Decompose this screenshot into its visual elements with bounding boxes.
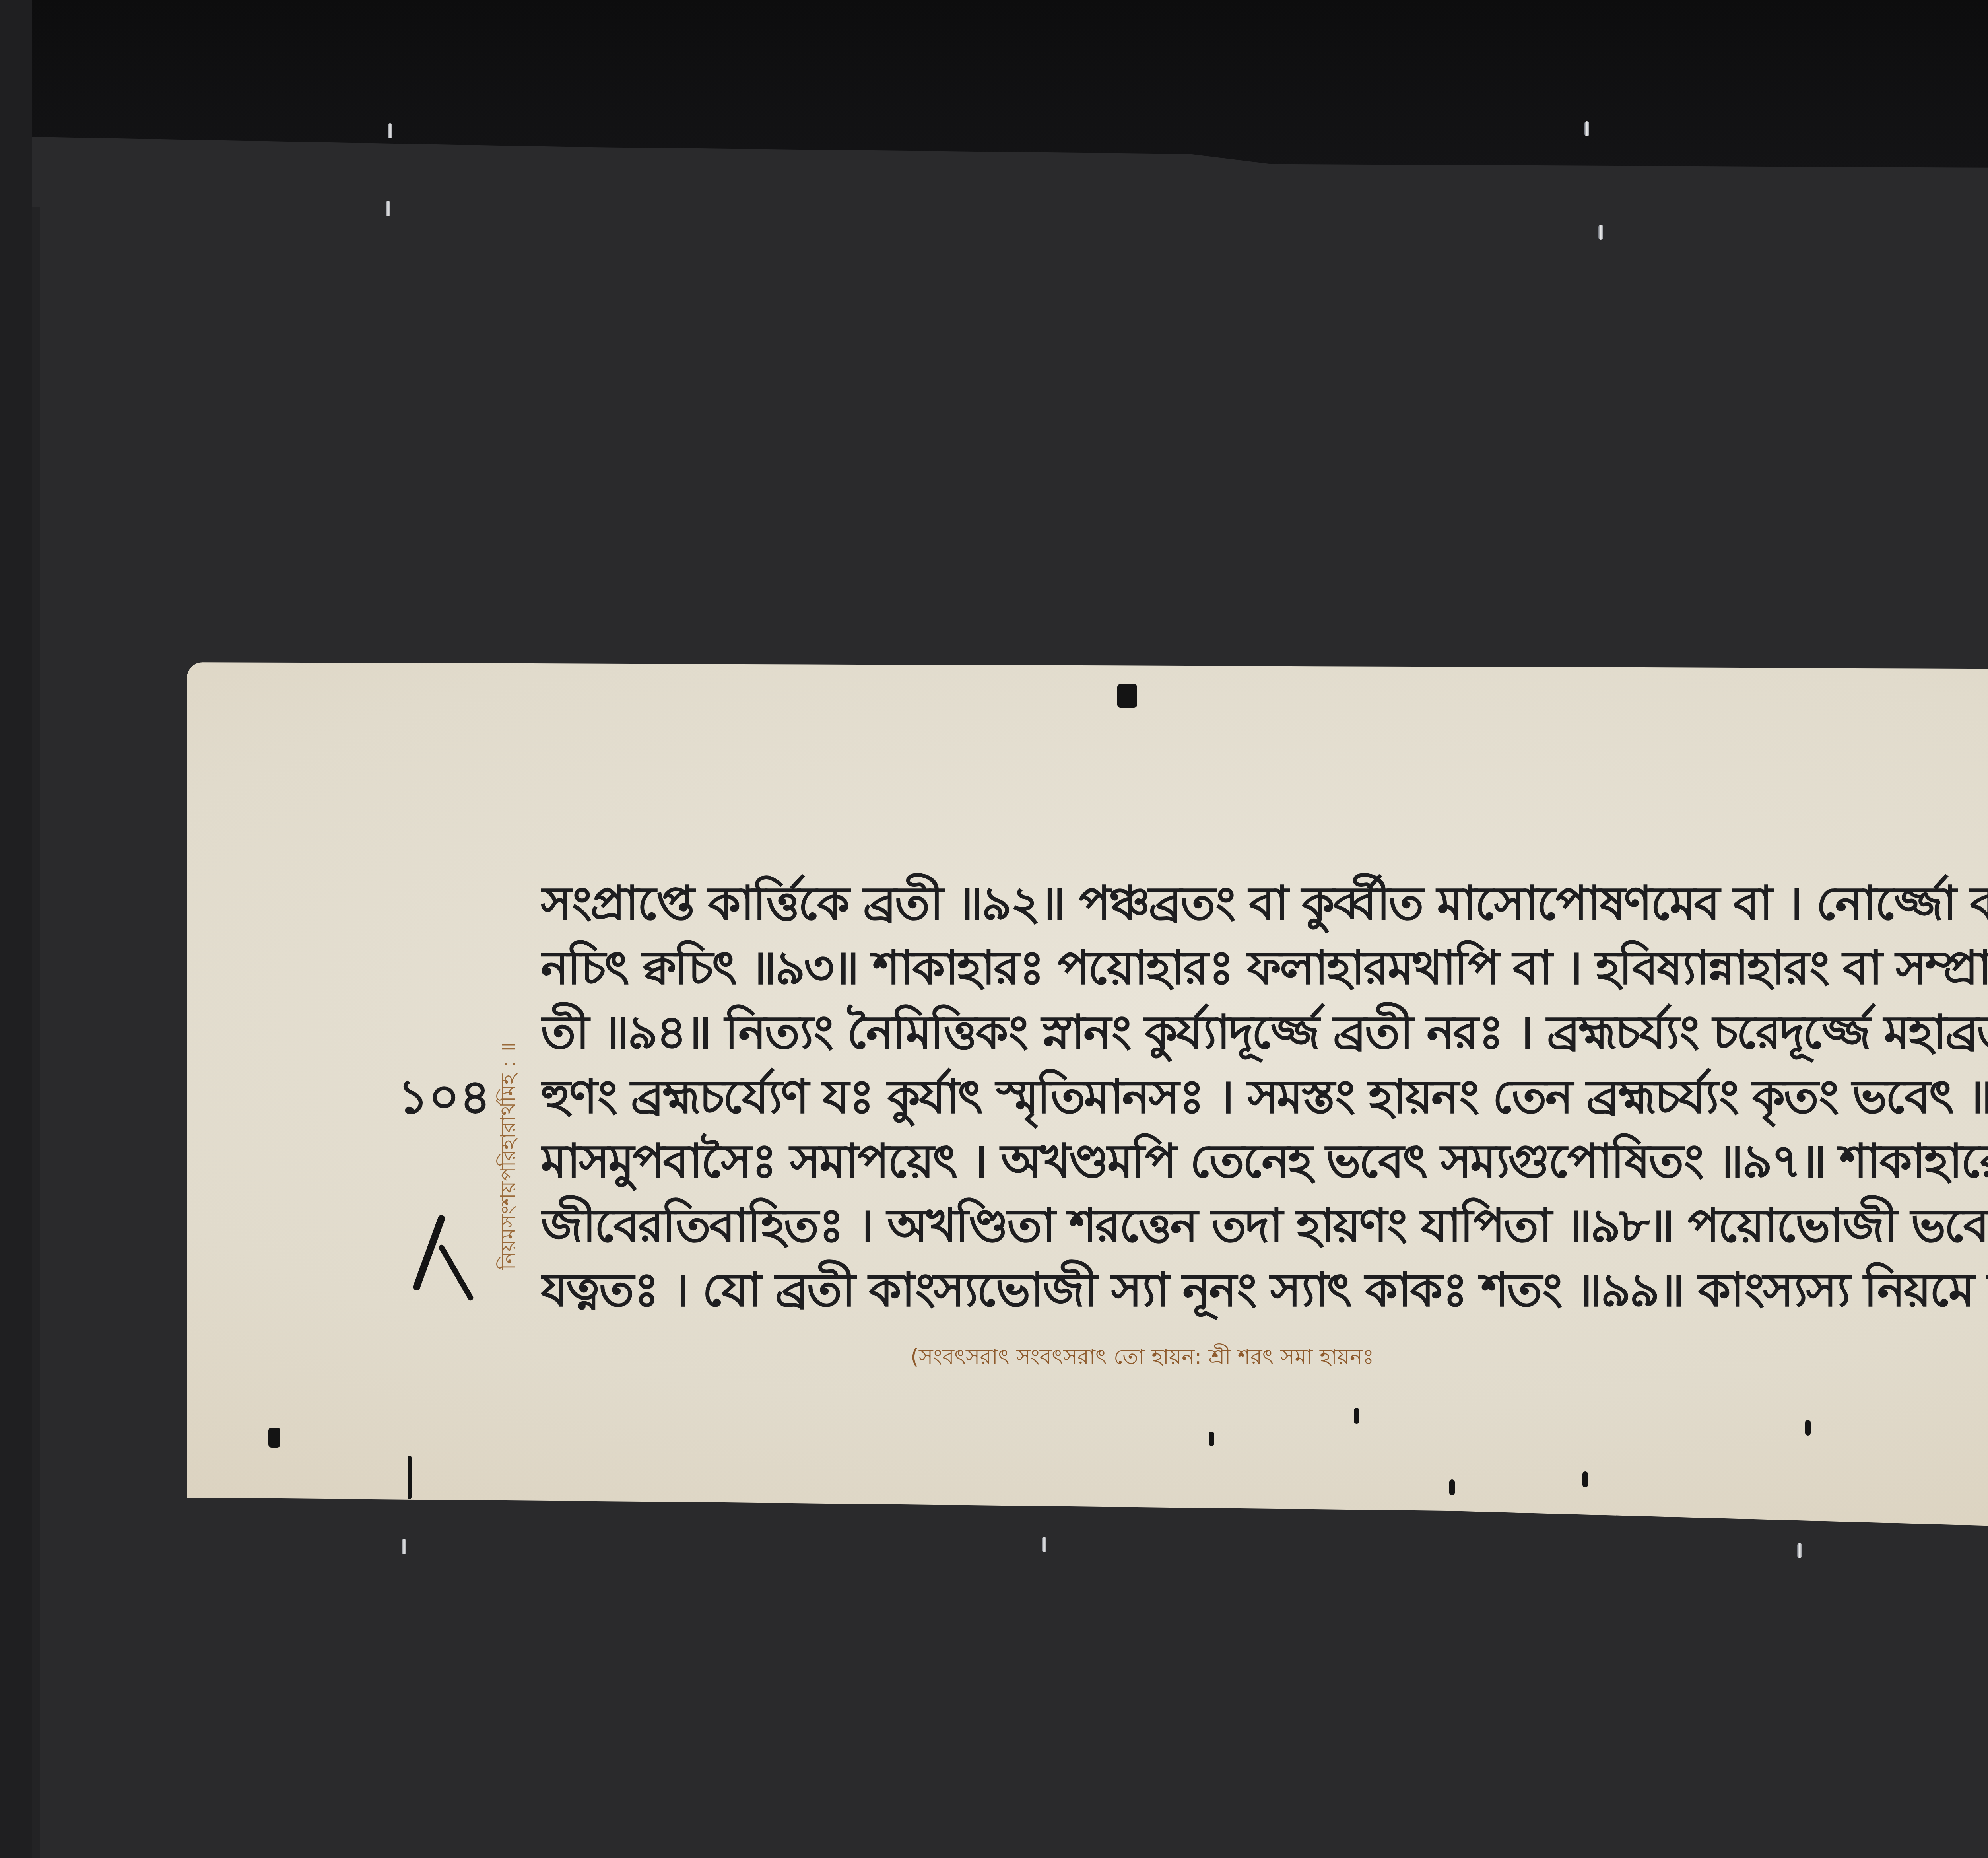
- text-line-6: জীবেরতিবাহিতঃ । অখণ্ডিতা শরত্তেন তদা হায…: [541, 1193, 1988, 1257]
- text-line-5: মাসমুপবাসৈঃ সমাপয়েৎ । অখণ্ডমপি তেনেহ ভব…: [541, 1129, 1988, 1193]
- hole: [408, 1456, 412, 1499]
- hole: [268, 1428, 280, 1448]
- pin: [402, 1539, 406, 1554]
- folder-flap: [32, 0, 1988, 171]
- board-edge-shadow: [32, 207, 40, 1858]
- pin: [386, 201, 390, 216]
- text-line-4: হুণং ব্রহ্মচর্য্যেণ যঃ কুর্যাৎ স্মৃতিমান…: [541, 1064, 1988, 1129]
- bottom-annotation: (সংবৎসরাৎ সংবৎসরাৎ তো হায়ন: শ্রী শরৎ সম…: [911, 1340, 1374, 1376]
- board-edge: [0, 0, 32, 1858]
- pin: [388, 123, 392, 138]
- hole: [1209, 1432, 1214, 1446]
- text-line-1: সংপ্রাপ্তে কার্ত্তিকে ব্রতী ॥৯২॥ পঞ্চব্র…: [541, 871, 1988, 935]
- hole: [1582, 1471, 1588, 1487]
- text-line-7: যত্নতঃ । যো ব্রতী কাংস্যভোজী স্যা নূনং স…: [541, 1257, 1988, 1322]
- pin: [1042, 1537, 1046, 1552]
- pin: [1797, 1543, 1802, 1558]
- hole: [1354, 1408, 1359, 1424]
- hole: [1117, 684, 1137, 708]
- text-line-2: নচিৎ ক্বচিৎ ॥৯৩॥ শাকাহারঃ পয়োহারঃ ফলাহা…: [541, 935, 1988, 1000]
- pin: [1598, 225, 1603, 240]
- hole: [1449, 1479, 1455, 1495]
- pin: [1584, 121, 1589, 136]
- folio-number: ১০৪: [398, 1060, 491, 1140]
- manuscript-text: সংপ্রাপ্তে কার্ত্তিকে ব্রতী ॥৯২॥ পঞ্চব্র…: [541, 871, 1988, 1322]
- text-line-3: তী ॥৯৪॥ নিত্যং নৈমিত্তিকং স্নানং কুর্য্য…: [541, 1000, 1988, 1064]
- margin-note: নিয়মসংশয়পরিহারার্থমিহ : ॥: [491, 1042, 526, 1270]
- hole: [1805, 1420, 1811, 1436]
